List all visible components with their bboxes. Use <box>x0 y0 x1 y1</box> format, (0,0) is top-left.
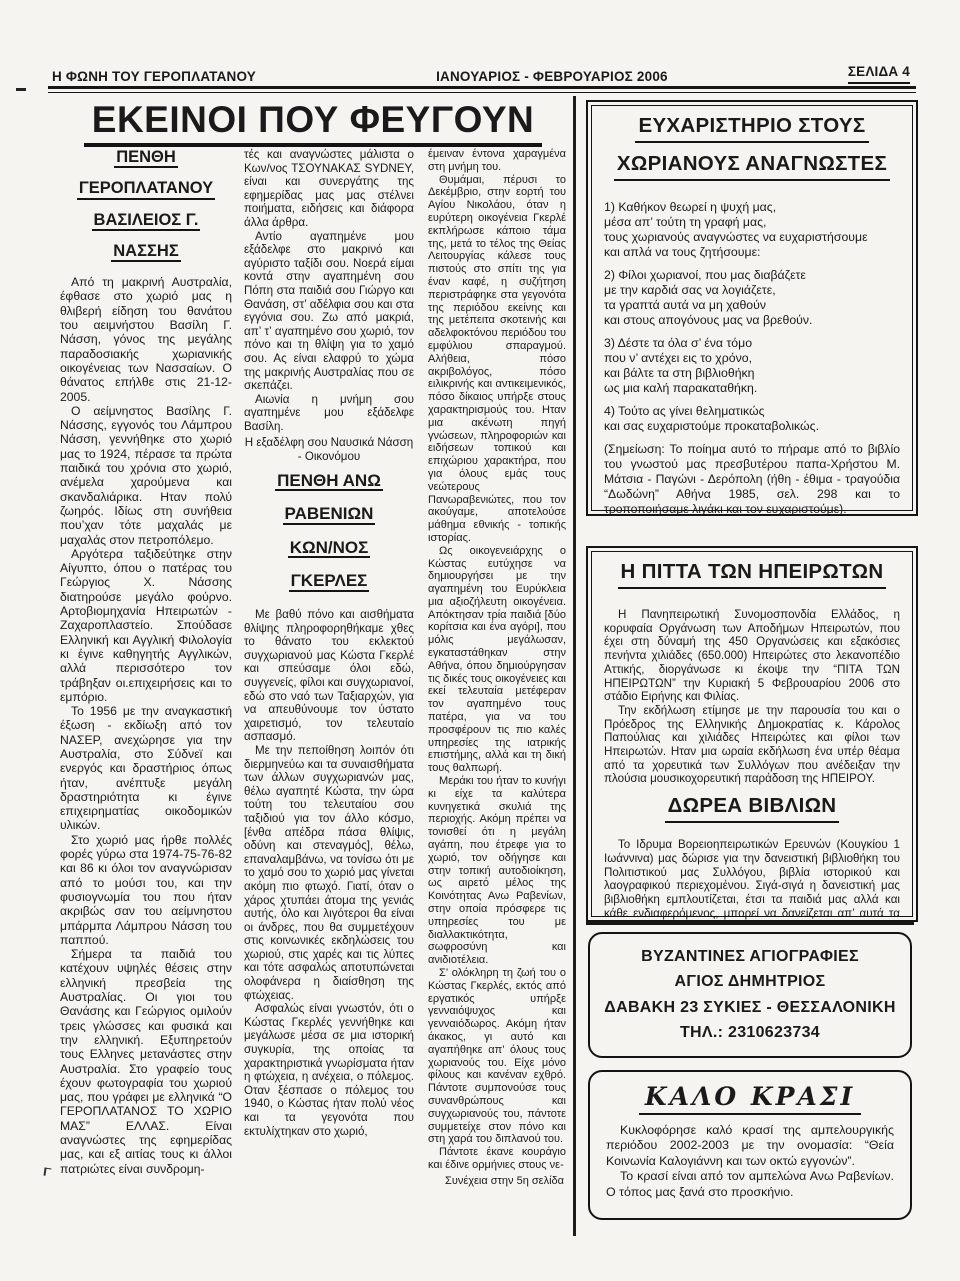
article-paragraph: Με βαθύ πόνο και αισθήματα θλίψης πληροφ… <box>244 608 414 744</box>
article-column-2: τές και αναγνώστες μάλιστα ο Κων/νος ΤΣΟ… <box>244 148 414 1278</box>
obituary-heading-line: ΓΚΕΡΛΕΣ <box>289 574 370 592</box>
article-paragraph: Με την πεποίθηση λοιπόν ότι διερμηνεύω κ… <box>244 744 414 1002</box>
box-paragraph: Κυκλοφόρησε καλό κρασί της αμπελουργικής… <box>606 1123 894 1169</box>
pitta-box: Η ΠΙΤΤΑ ΤΩΝ ΗΠΕΙΡΩΤΩΝ Η Πανηπειρωτική Συ… <box>586 546 918 922</box>
article-paragraph: Στο χωριό μας ήρθε πολλές φορές γύρω στα… <box>60 833 232 947</box>
pitta-box-title: Η ΠΙΤΤΑ ΤΩΝ ΗΠΕΙΡΩΤΩΝ <box>604 560 900 598</box>
article-paragraph: Από τη μακρινή Αυστραλία, έφθασε στο χωρ… <box>60 275 232 404</box>
poem-stanza: 2) Φίλοι χωριανοί, που μας διαβάζετε με … <box>604 268 900 328</box>
article-paragraph: Σήμερα τα παιδιά του κατέχουν υψηλές θέσ… <box>60 947 232 1176</box>
ad-line: ΔΑΒΑΚΗ 23 ΣΥΚΙΕΣ - ΘΕΣΣΑΛΟΝΙΚΗ <box>600 999 900 1017</box>
article-paragraph: Αργότερα ταξιδεύτηκε στην Αίγυπτο, όπου … <box>60 547 232 704</box>
article-paragraph: έμειναν έντονα χαραγμένα στη μνήμη του. <box>428 148 566 174</box>
article-paragraph: Αντίο αγαπημένε μου εξάδελφε στο μακρινό… <box>244 230 414 393</box>
page-number: ΣΕΛΙΔΑ 4 <box>848 64 910 84</box>
wine-ad-title-text: ΚΑΛΟ ΚΡΑΣΙ <box>639 1082 861 1115</box>
main-headline-text: ΕΚΕΙΝΟΙ ΠΟΥ ΦΕΥΓΟΥΝ <box>84 99 542 147</box>
obituary-heading-line: ΚΩΝ/ΝΟΣ <box>288 541 371 559</box>
editorial-note: (Σημείωση: Το ποίημα αυτό το πήραμε από … <box>604 442 900 516</box>
article-paragraph: Ασφαλώς είναι γνωστόν, ότι ο Κώστας Γκερ… <box>244 1002 414 1138</box>
thanks-readers-box: ΕΥΧΑΡΙΣΤΗΡΙΟ ΣΤΟΥΣ ΧΩΡΙΑΝΟΥΣ ΑΝΑΓΝΩΣΤΕΣ … <box>586 100 918 516</box>
continued-on-page-note: Συνέχεια στην 5η σελίδα <box>428 1175 566 1188</box>
thanks-box-title: ΕΥΧΑΡΙΣΤΗΡΙΟ ΣΤΟΥΣ ΧΩΡΙΑΝΟΥΣ ΑΝΑΓΝΩΣΤΕΣ <box>604 114 900 190</box>
obituary-signature: Η εξαδέλφη σου Ναυσικά Νάσση - Οικονόμου <box>244 436 414 463</box>
box-paragraph: Την εκδήλωση ετίμησε με την παρουσία του… <box>604 704 900 786</box>
article-paragraph: Ο αείμνηστος Βασίλης Γ. Νάσσης, εγγονός … <box>60 404 232 547</box>
article-column-3: έμειναν έντονα χαραγμένα στη μνήμη του. … <box>428 148 566 1278</box>
column-divider-rule <box>573 96 576 1236</box>
header-rule-thin <box>48 92 916 93</box>
box-paragraph: Η Πανηπειρωτική Συνομοσπονδία Ελλάδος, η… <box>604 608 900 704</box>
masthead-title: Η ΦΩΝΗ ΤΟΥ ΓΕΡΟΠΛΑΤΑΝΟΥ <box>52 69 256 84</box>
wine-ad-box: ΚΑΛΟ ΚΡΑΣΙ Κυκλοφόρησε καλό κρασί της αμ… <box>588 1070 912 1220</box>
box-paragraph: Το Ιδρυμα Βορειοηπειρωτικών Ερευνών (Κου… <box>604 838 900 922</box>
obituary-heading-line: ΠΕΝΘΗ <box>114 150 178 168</box>
obituary-heading-ano-ravenia: ΠΕΝΘΗ ΑΝΩ ΡΑΒΕΝΙΩΝ ΚΩΝ/ΝΟΣ ΓΚΕΡΛΕΣ <box>244 474 414 592</box>
newspaper-page: Η ΦΩΝΗ ΤΟΥ ΓΕΡΟΠΛΑΤΑΝΟΥ ΙΑΝΟΥΑΡΙΟΣ - ΦΕΒ… <box>0 0 960 1281</box>
box-paragraph: Το κρασί είναι από τον αμπελώνα Ανω Ραβε… <box>606 1169 894 1200</box>
obituary-heading-line: ΓΕΡΟΠΛΑΤΑΝΟΥ <box>77 181 215 199</box>
obituary-heading-geroplatanos: ΠΕΝΘΗ ΓΕΡΟΠΛΑΤΑΝΟΥ ΒΑΣΙΛΕΙΟΣ Γ. ΝΑΣΣΗΣ <box>60 150 232 262</box>
article-column-1: ΠΕΝΘΗ ΓΕΡΟΠΛΑΤΑΝΟΥ ΒΑΣΙΛΕΙΟΣ Γ. ΝΑΣΣΗΣ Α… <box>60 148 232 1278</box>
main-headline: ΕΚΕΙΝΟΙ ΠΟΥ ΦΕΥΓΟΥΝ <box>62 99 564 147</box>
article-paragraph: τές και αναγνώστες μάλιστα ο Κων/νος ΤΣΟ… <box>244 148 414 230</box>
obituary-heading-line: ΠΕΝΘΗ ΑΝΩ <box>275 474 383 492</box>
article-paragraph: Θυμάμαι, πέρυσι το Δεκέμβριο, στην εορτή… <box>428 174 566 545</box>
ad-phone: ΤΗΛ.: 2310623734 <box>600 1024 900 1042</box>
scan-artifact <box>43 1168 51 1177</box>
article-paragraph: Σ’ ολόκληρη τη ζωή του ο Κώστας Γκερλές,… <box>428 967 566 1146</box>
obituary-heading-line: ΡΑΒΕΝΙΩΝ <box>283 507 376 525</box>
issue-date: ΙΑΝΟΥΑΡΙΟΣ - ΦΕΒΡΟΥΑΡΙΟΣ 2006 <box>436 69 668 84</box>
obituary-heading-line: ΒΑΣΙΛΕΙΟΣ Γ. <box>92 213 201 231</box>
book-donation-subtitle: ΔΩΡΕΑ ΒΙΒΛΙΩΝ <box>604 794 900 832</box>
page-header: Η ΦΩΝΗ ΤΟΥ ΓΕΡΟΠΛΑΤΑΝΟΥ ΙΑΝΟΥΑΡΙΟΣ - ΦΕΒ… <box>52 64 910 84</box>
article-paragraph: Μεράκι του ήταν το κυνήγι κι είχε τα καλ… <box>428 775 566 967</box>
thanks-box-title-line: ΕΥΧΑΡΙΣΤΗΡΙΟ ΣΤΟΥΣ <box>635 114 868 143</box>
article-paragraph: Ως οικογενειάρχης ο Κώστας ευτύχησε να δ… <box>428 545 566 775</box>
iconography-ad-box: ΒΥΖΑΝΤΙΝΕΣ ΑΓΙΟΓΡΑΦΙΕΣ ΑΓΙΟΣ ΔΗΜΗΤΡΙΟΣ Δ… <box>588 932 912 1058</box>
ad-line: ΒΥΖΑΝΤΙΝΕΣ ΑΓΙΟΓΡΑΦΙΕΣ <box>600 948 900 966</box>
wine-ad-title: ΚΑΛΟ ΚΡΑΣΙ <box>606 1082 894 1115</box>
article-paragraph: Πάντοτε έκανε κουράγιο και έδινε ορμήνιε… <box>428 1146 566 1172</box>
pitta-title-text: Η ΠΙΤΤΑ ΤΩΝ ΗΠΕΙΡΩΤΩΝ <box>618 560 887 589</box>
obituary-heading-line: ΝΑΣΣΗΣ <box>111 244 180 262</box>
article-paragraph: Το 1956 με την αναγκαστική έξωση - εκδίω… <box>60 704 232 833</box>
scan-artifact <box>16 88 26 91</box>
book-donation-subtitle-text: ΔΩΡΕΑ ΒΙΒΛΙΩΝ <box>665 794 840 823</box>
poem-stanza: 4) Τούτο ας γίνει θεληματικώς και σας ευ… <box>604 404 900 434</box>
section-divider-rule <box>586 922 914 925</box>
poem-stanza: 3) Δέστε τα όλα σ’ ένα τόμο που ν’ αντέχ… <box>604 336 900 396</box>
thanks-box-title-line: ΧΩΡΙΑΝΟΥΣ ΑΝΑΓΝΩΣΤΕΣ <box>614 152 890 181</box>
header-rule <box>48 86 916 89</box>
article-paragraph: Αιωνία η μνήμη σου αγαπημένε μου εξάδελφ… <box>244 393 414 434</box>
ad-line: ΑΓΙΟΣ ΔΗΜΗΤΡΙΟΣ <box>600 973 900 991</box>
poem-stanza: 1) Καθήκον θεωρεί η ψυχή μας, μέσα απ’ τ… <box>604 200 900 260</box>
